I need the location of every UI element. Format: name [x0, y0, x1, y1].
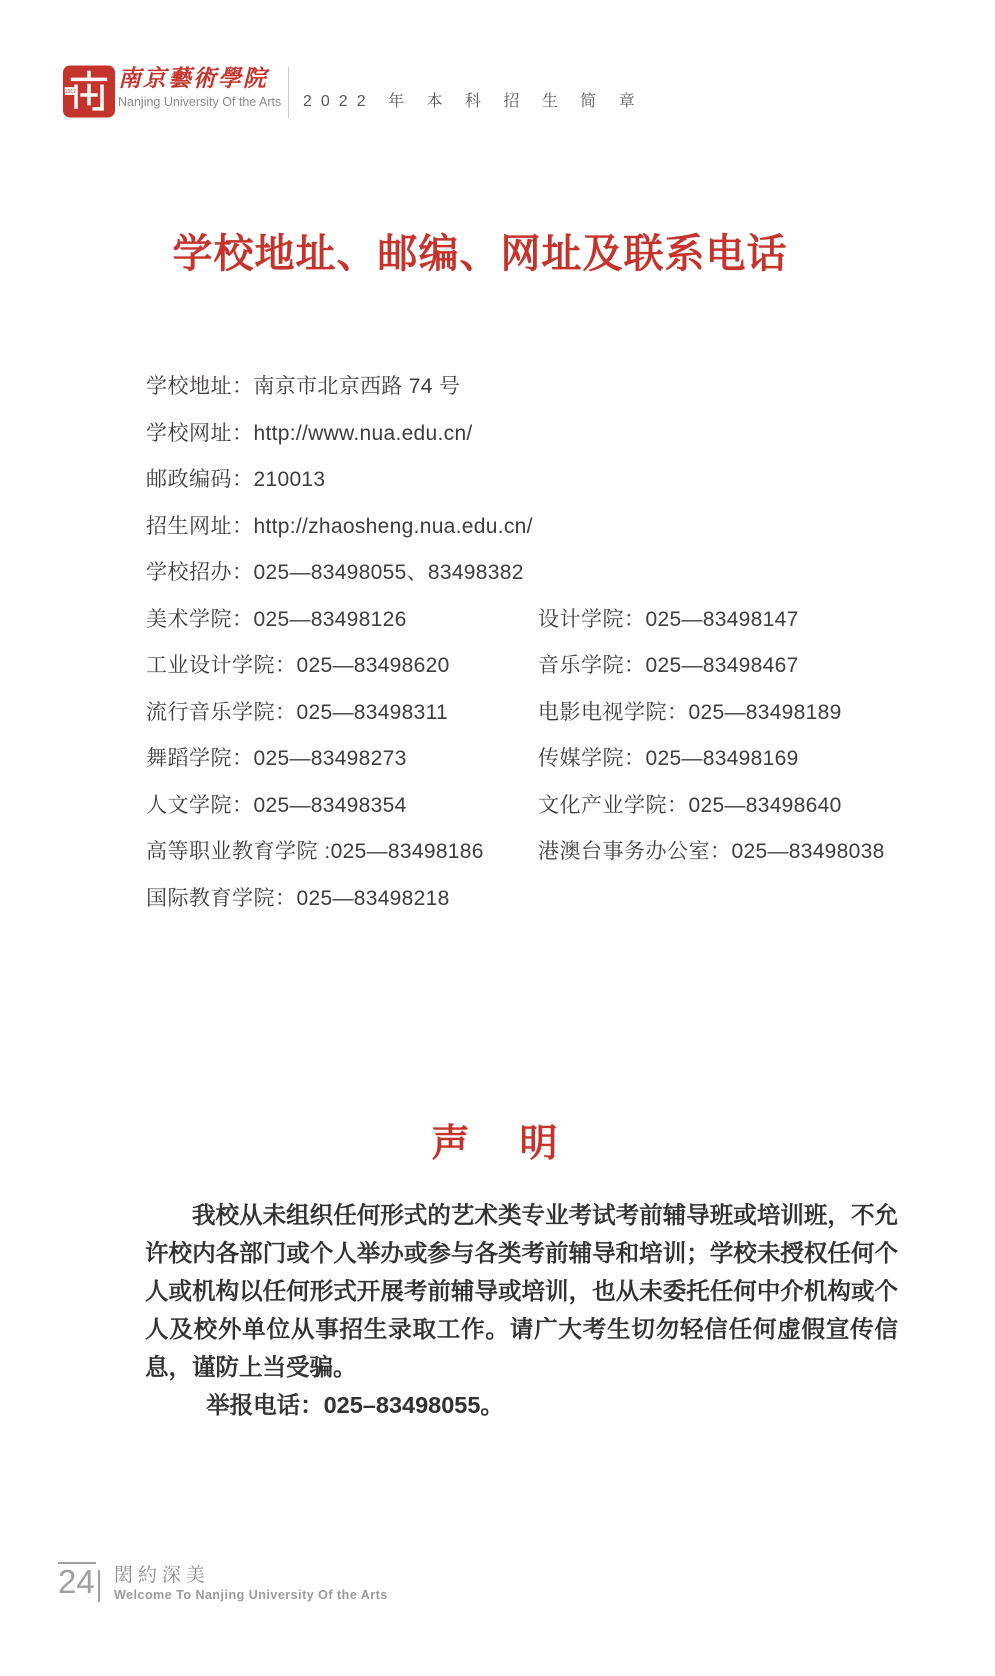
footer-divider	[98, 1570, 100, 1602]
contact-item: 设计学院：025—83498147	[538, 603, 948, 633]
contact-item: 学校地址：南京市北京西路 74 号	[146, 370, 538, 400]
contact-row: 招生网址：http://zhaosheng.nua.edu.cn/	[146, 502, 948, 549]
page-number: 24	[58, 1562, 96, 1598]
brochure-title: 2022 年 本 科 招 生 简 章	[303, 88, 644, 111]
contact-item: 学校招办：025—83498055、83498382	[146, 556, 538, 586]
contact-row: 学校招办：025—83498055、83498382	[146, 548, 948, 595]
contact-row: 美术学院：025—83498126 设计学院：025—83498147	[146, 595, 948, 642]
svg-text:1912: 1912	[65, 89, 77, 95]
school-name-block: 南京藝術學院 Nanjing University Of the Arts	[118, 66, 281, 110]
contact-item: 高等职业教育学院 :025—83498186	[146, 835, 538, 865]
welcome-text: Welcome To Nanjing University Of the Art…	[114, 1588, 388, 1602]
report-phone-line: 举报电话：025–83498055。	[145, 1386, 898, 1424]
contact-item: 招生网址：http://zhaosheng.nua.edu.cn/	[146, 510, 538, 540]
school-name-cn: 南京藝術學院	[118, 66, 281, 92]
contact-row: 高等职业教育学院 :025—83498186 港澳台事务办公室：025—8349…	[146, 827, 948, 874]
contact-item: 美术学院：025—83498126	[146, 603, 538, 633]
footer-motto-block: 閎約深美 Welcome To Nanjing University Of th…	[114, 1565, 388, 1602]
contact-row: 学校网址：http://www.nua.edu.cn/	[146, 409, 948, 456]
contact-row: 流行音乐学院：025—83498311 电影电视学院：025—83498189	[146, 688, 948, 735]
contact-item: 传媒学院：025—83498169	[538, 742, 948, 772]
contact-item: 工业设计学院：025—83498620	[146, 649, 538, 679]
contact-row: 工业设计学院：025—83498620 音乐学院：025—83498467	[146, 641, 948, 688]
section-title: 学校地址、邮编、网址及联系电话	[0, 222, 960, 279]
contact-row: 学校地址：南京市北京西路 74 号	[146, 362, 948, 409]
contact-row: 舞蹈学院：025—83498273 传媒学院：025—83498169	[146, 734, 948, 781]
contact-item: 邮政编码：210013	[146, 463, 538, 493]
contact-item: 港澳台事务办公室：025—83498038	[538, 835, 948, 865]
contact-row: 人文学院：025—83498354 文化产业学院：025—83498640	[146, 781, 948, 828]
header-divider	[288, 67, 289, 118]
contact-list: 学校地址：南京市北京西路 74 号 学校网址：http://www.nua.ed…	[146, 362, 948, 920]
statement-body: 我校从未组织任何形式的艺术类专业考试考前辅导班或培训班，不允许校内各部门或个人举…	[145, 1196, 898, 1424]
page: 1912 南京藝術學院 Nanjing University Of the Ar…	[0, 0, 995, 1676]
statement-paragraph: 我校从未组织任何形式的艺术类专业考试考前辅导班或培训班，不允许校内各部门或个人举…	[145, 1196, 898, 1386]
contact-item: 文化产业学院：025—83498640	[538, 789, 948, 819]
contact-item: 人文学院：025—83498354	[146, 789, 538, 819]
university-logo: 1912	[63, 65, 115, 118]
contact-item: 国际教育学院：025—83498218	[146, 882, 538, 912]
contact-row: 邮政编码：210013	[146, 455, 948, 502]
contact-item: 舞蹈学院：025—83498273	[146, 742, 538, 772]
contact-row: 国际教育学院：025—83498218	[146, 874, 948, 921]
school-motto: 閎約深美	[114, 1565, 388, 1586]
logo-seal-icon: 1912	[63, 65, 115, 118]
statement-title: 声 明	[0, 1112, 995, 1167]
contact-item: 音乐学院：025—83498467	[538, 649, 948, 679]
contact-item: 学校网址：http://www.nua.edu.cn/	[146, 417, 538, 447]
contact-item: 电影电视学院：025—83498189	[538, 696, 948, 726]
school-name-en: Nanjing University Of the Arts	[118, 94, 281, 110]
contact-item: 流行音乐学院：025—83498311	[146, 696, 538, 726]
